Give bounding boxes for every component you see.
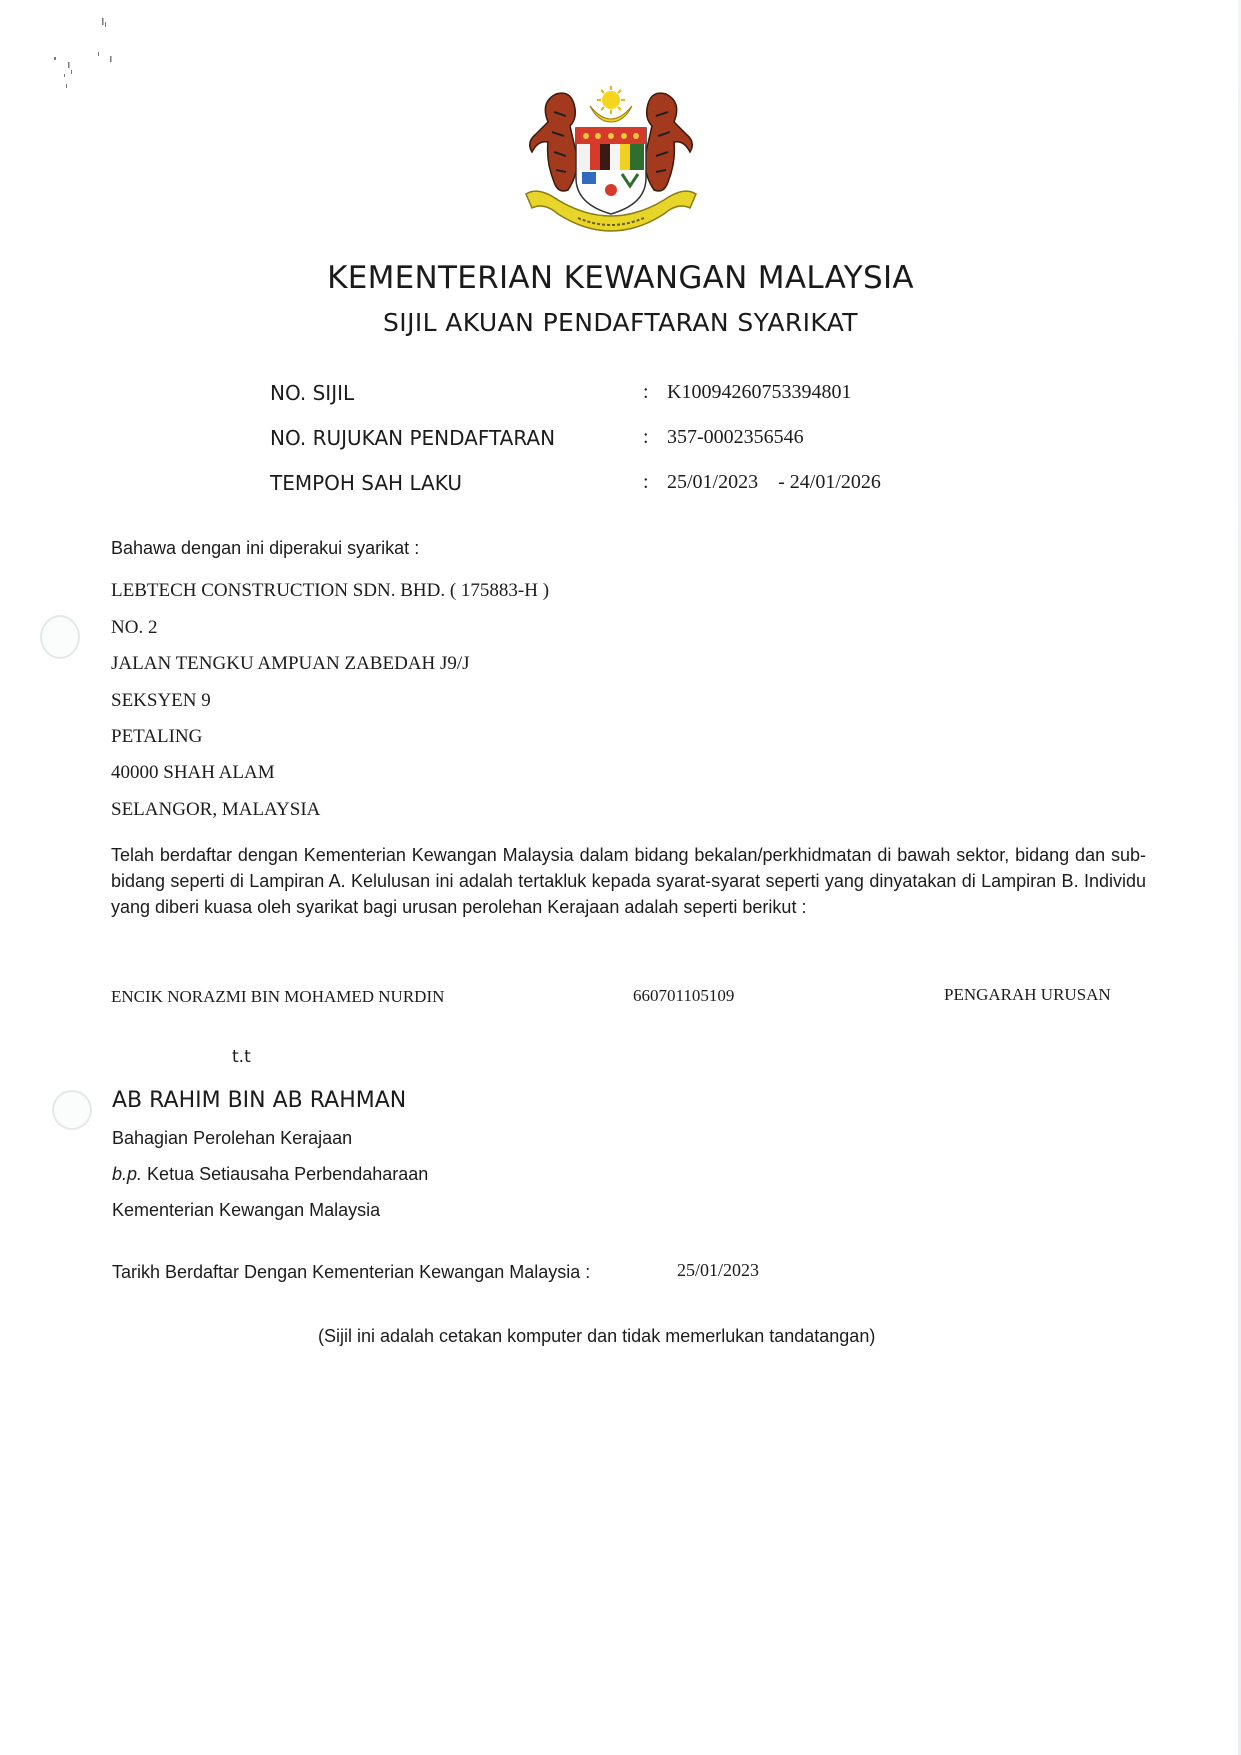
validity-period-label: TEMPOH SAH LAKU xyxy=(270,471,462,495)
certificate-title: SIJIL AKUAN PENDAFTARAN SYARIKAT xyxy=(0,308,1241,337)
colon: : xyxy=(643,381,649,404)
registration-reference-label: NO. RUJUKAN PENDAFTARAN xyxy=(270,426,555,450)
validity-period-value: 25/01/2023- 24/01/2026 xyxy=(667,471,881,494)
scan-specks xyxy=(40,12,130,92)
certificate-number-value: K10094260753394801 xyxy=(667,381,851,404)
company-name: LEBTECH CONSTRUCTION SDN. BHD. ( 175883-… xyxy=(111,580,549,602)
authorized-person-id: 660701105109 xyxy=(633,986,734,1006)
validity-end-date: 24/01/2026 xyxy=(790,471,881,493)
signer-ministry: Kementerian Kewangan Malaysia xyxy=(112,1200,380,1221)
colon: : xyxy=(643,471,649,494)
punch-hole-mark xyxy=(40,615,80,659)
certification-intro: Bahawa dengan ini diperakui syarikat : xyxy=(111,538,419,559)
address-line: JALAN TENGKU AMPUAN ZABEDAH J9/J xyxy=(111,653,470,675)
bp-prefix: b.p. xyxy=(112,1164,142,1184)
registration-statement: Telah berdaftar dengan Kementerian Kewan… xyxy=(111,842,1146,920)
date-separator: - xyxy=(778,471,785,493)
address-line: 40000 SHAH ALAM xyxy=(111,762,275,784)
registration-date-value: 25/01/2023 xyxy=(677,1260,759,1281)
registration-date-label: Tarikh Berdaftar Dengan Kementerian Kewa… xyxy=(112,1262,590,1283)
authorized-person-role: PENGARAH URUSAN xyxy=(944,985,1111,1005)
address-line: SEKSYEN 9 xyxy=(111,690,211,712)
address-line: SELANGOR, MALAYSIA xyxy=(111,799,320,821)
ministry-title: KEMENTERIAN KEWANGAN MALAYSIA xyxy=(0,260,1241,296)
on-behalf-title: Ketua Setiausaha Perbendaharaan xyxy=(147,1164,428,1184)
coat-of-arms-icon xyxy=(518,82,704,244)
authorized-person-name: ENCIK NORAZMI BIN MOHAMED NURDIN xyxy=(111,987,444,1007)
colon: : xyxy=(643,426,649,449)
punch-hole-mark xyxy=(52,1090,92,1130)
signer-division: Bahagian Perolehan Kerajaan xyxy=(112,1128,352,1149)
signer-name: AB RAHIM BIN AB RAHMAN xyxy=(112,1088,406,1113)
address-line: PETALING xyxy=(111,726,202,748)
validity-start-date: 25/01/2023 xyxy=(667,471,758,493)
signed-mark: t.t xyxy=(232,1047,251,1067)
registration-reference-value: 357-0002356546 xyxy=(667,426,804,449)
signer-on-behalf: b.p. Ketua Setiausaha Perbendaharaan xyxy=(112,1164,428,1185)
certificate-number-label: NO. SIJIL xyxy=(270,381,354,405)
address-line: NO. 2 xyxy=(111,617,157,639)
computer-generated-note: (Sijil ini adalah cetakan komputer dan t… xyxy=(318,1326,875,1347)
